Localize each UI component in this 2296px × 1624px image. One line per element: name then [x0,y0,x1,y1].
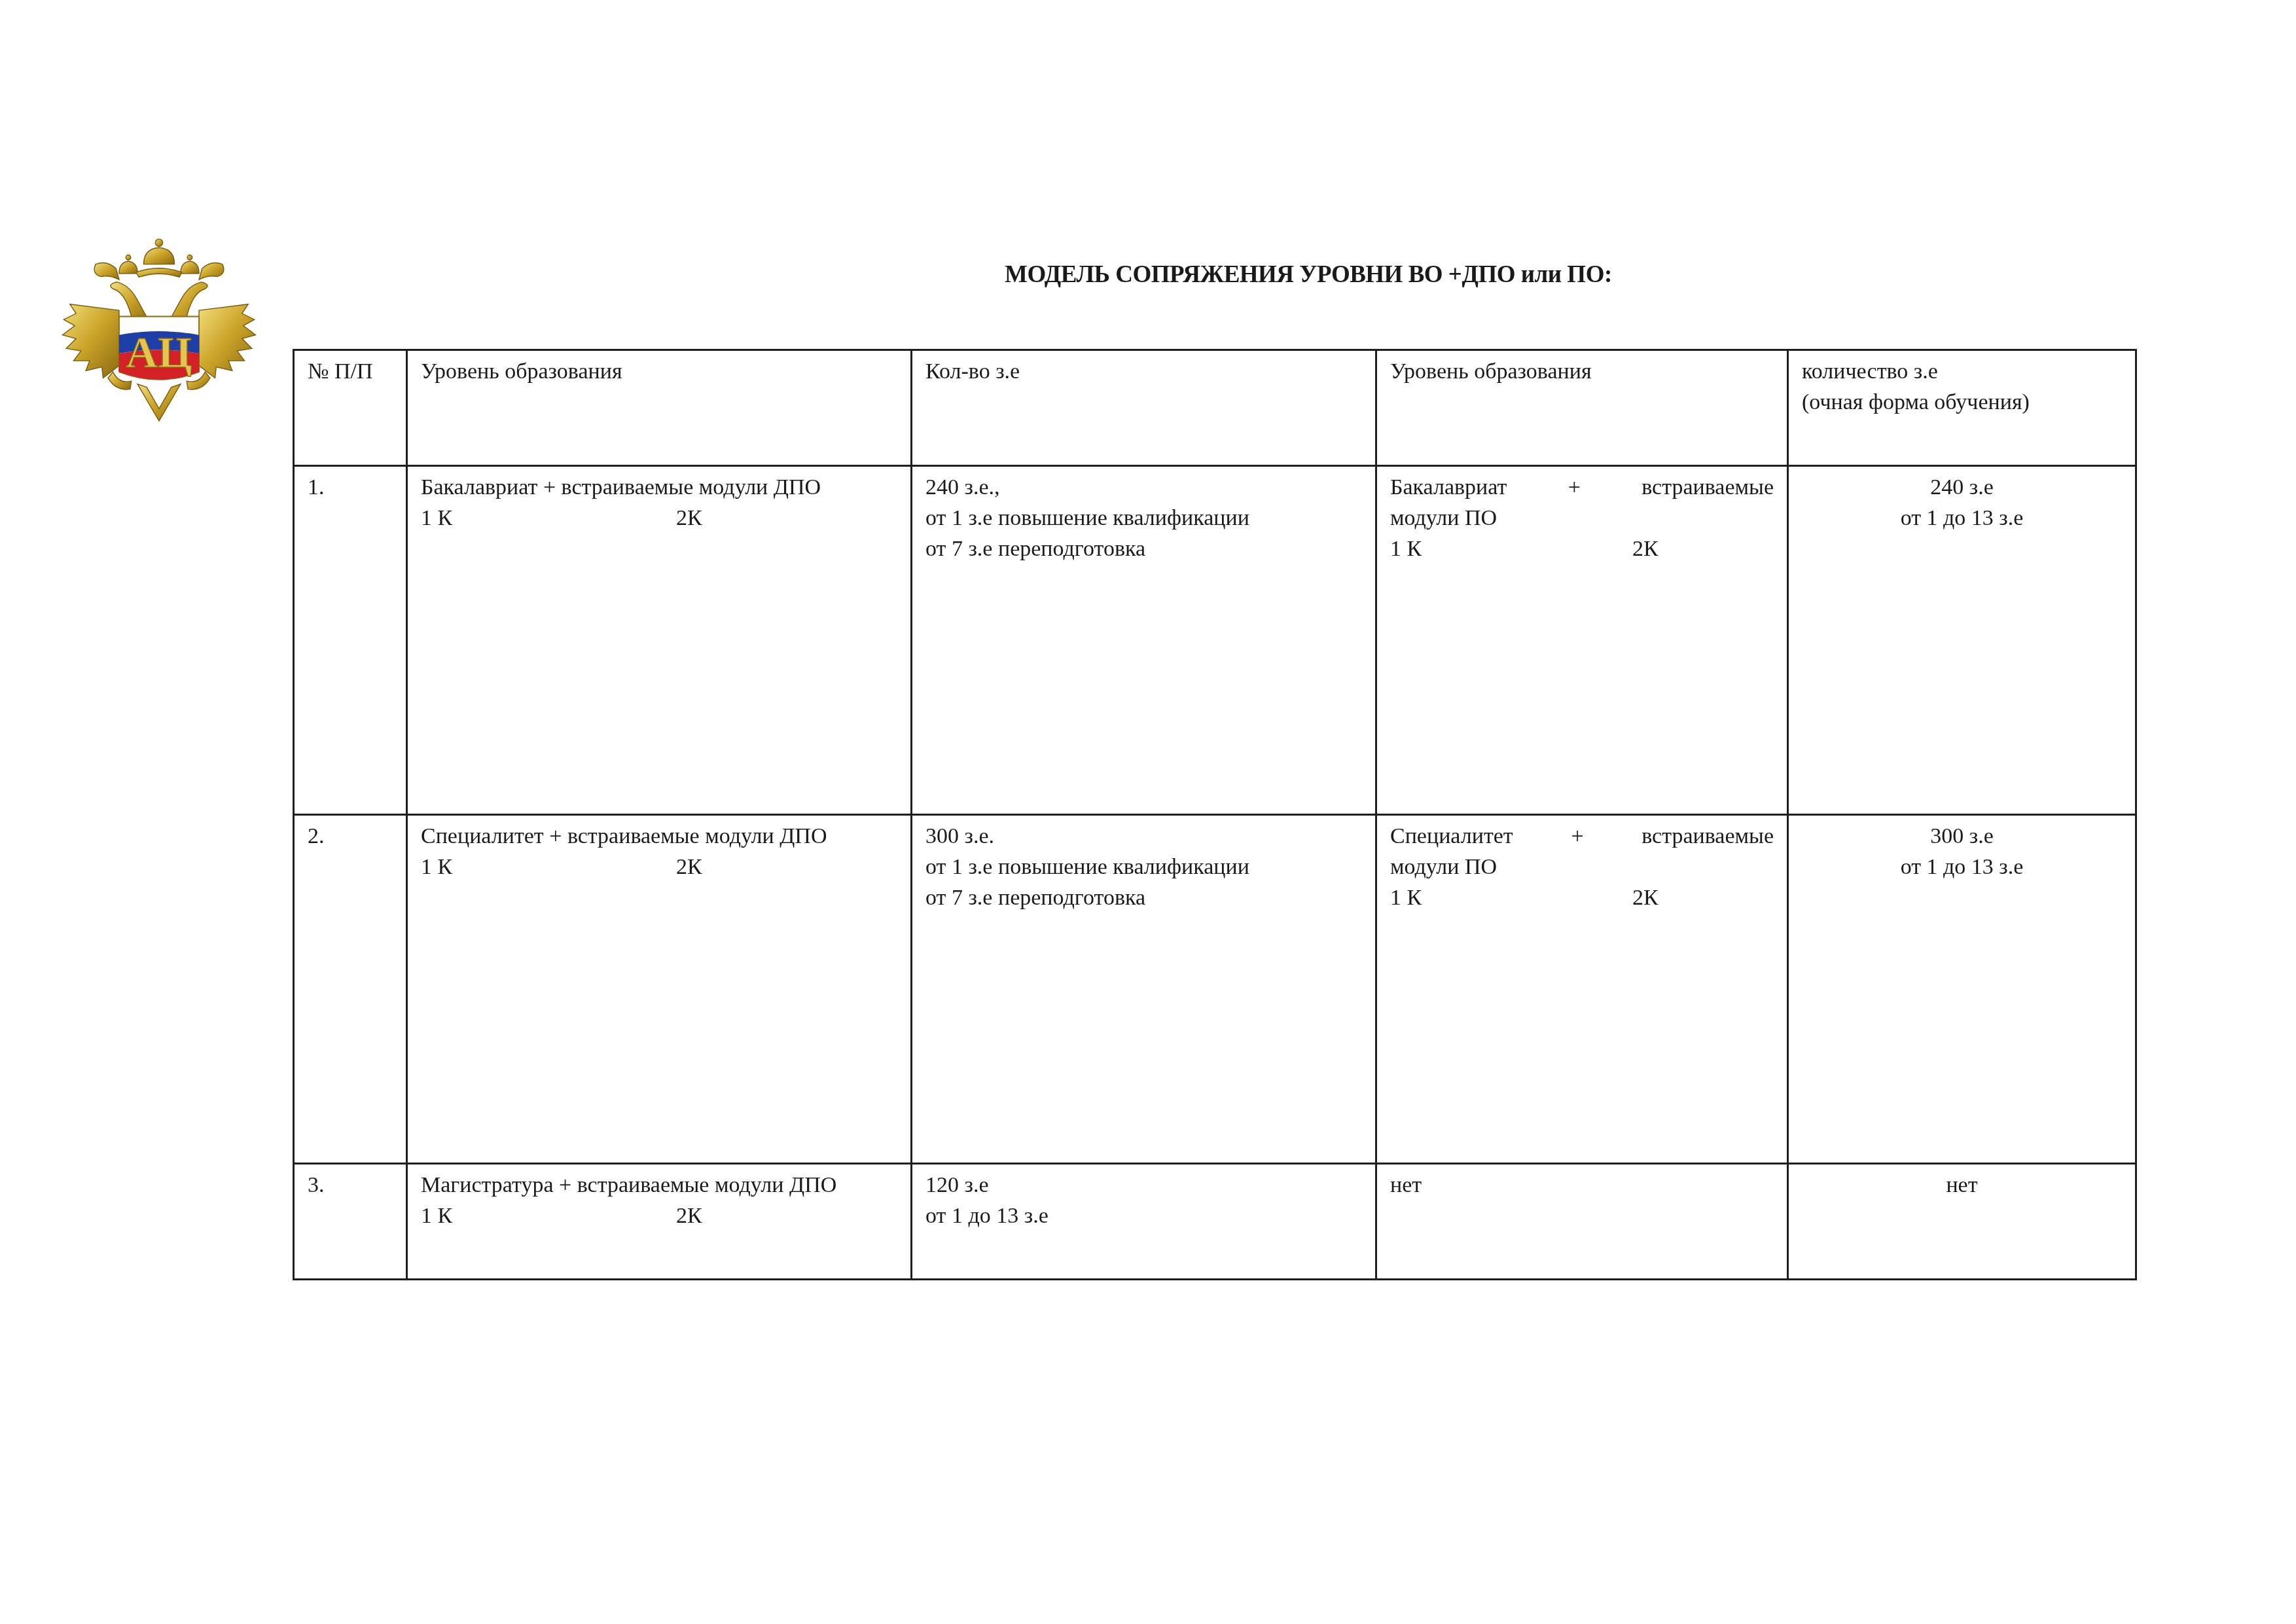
header-number: № П/П [294,350,407,466]
credits-vo-cell: 120 з.е от 1 до 13 з.е [912,1164,1376,1280]
table-row: 1. Бакалавриат + встраиваемые модули ДПО… [294,466,2136,815]
table-row: 2. Специалитет + встраиваемые модули ДПО… [294,815,2136,1164]
credits-vo-cell: 300 з.е. от 1 з.е повышение квалификации… [912,815,1376,1164]
credits-po-cell: 240 з.е от 1 до 13 з.е [1788,466,2136,815]
document-title: МОДЕЛЬ СОПРЯЖЕНИЯ УРОВНИ ВО +ДПО или ПО: [1005,261,1612,289]
model-table: № П/П Уровень образования Кол-во з.е Уро… [293,349,2137,1280]
level-po-cell: нет [1376,1164,1788,1280]
row-number: 1. [294,466,407,815]
row-number: 3. [294,1164,407,1280]
double-headed-eagle-emblem-icon: АЦ [58,230,260,433]
level-vo-cell: Специалитет + встраиваемые модули ДПО 1 … [407,815,912,1164]
level-po-cell: Бакалавриат+встраиваемые модули ПО 1 К2К [1376,466,1788,815]
header-level-po: Уровень образования [1376,350,1788,466]
level-vo-cell: Магистратура + встраиваемые модули ДПО 1… [407,1164,912,1280]
credits-vo-cell: 240 з.е., от 1 з.е повышение квалификаци… [912,466,1376,815]
header-credits-po: количество з.е (очная форма обучения) [1788,350,2136,466]
credits-po-cell: нет [1788,1164,2136,1280]
credits-po-cell: 300 з.е от 1 до 13 з.е [1788,815,2136,1164]
level-vo-cell: Бакалавриат + встраиваемые модули ДПО 1 … [407,466,912,815]
table-header-row: № П/П Уровень образования Кол-во з.е Уро… [294,350,2136,466]
table-row: 3. Магистратура + встраиваемые модули ДП… [294,1164,2136,1280]
header-credits-vo: Кол-во з.е [912,350,1376,466]
level-po-cell: Специалитет+встраиваемые модули ПО 1 К2К [1376,815,1788,1164]
row-number: 2. [294,815,407,1164]
header-level-vo: Уровень образования [407,350,912,466]
svg-text:АЦ: АЦ [126,328,192,377]
